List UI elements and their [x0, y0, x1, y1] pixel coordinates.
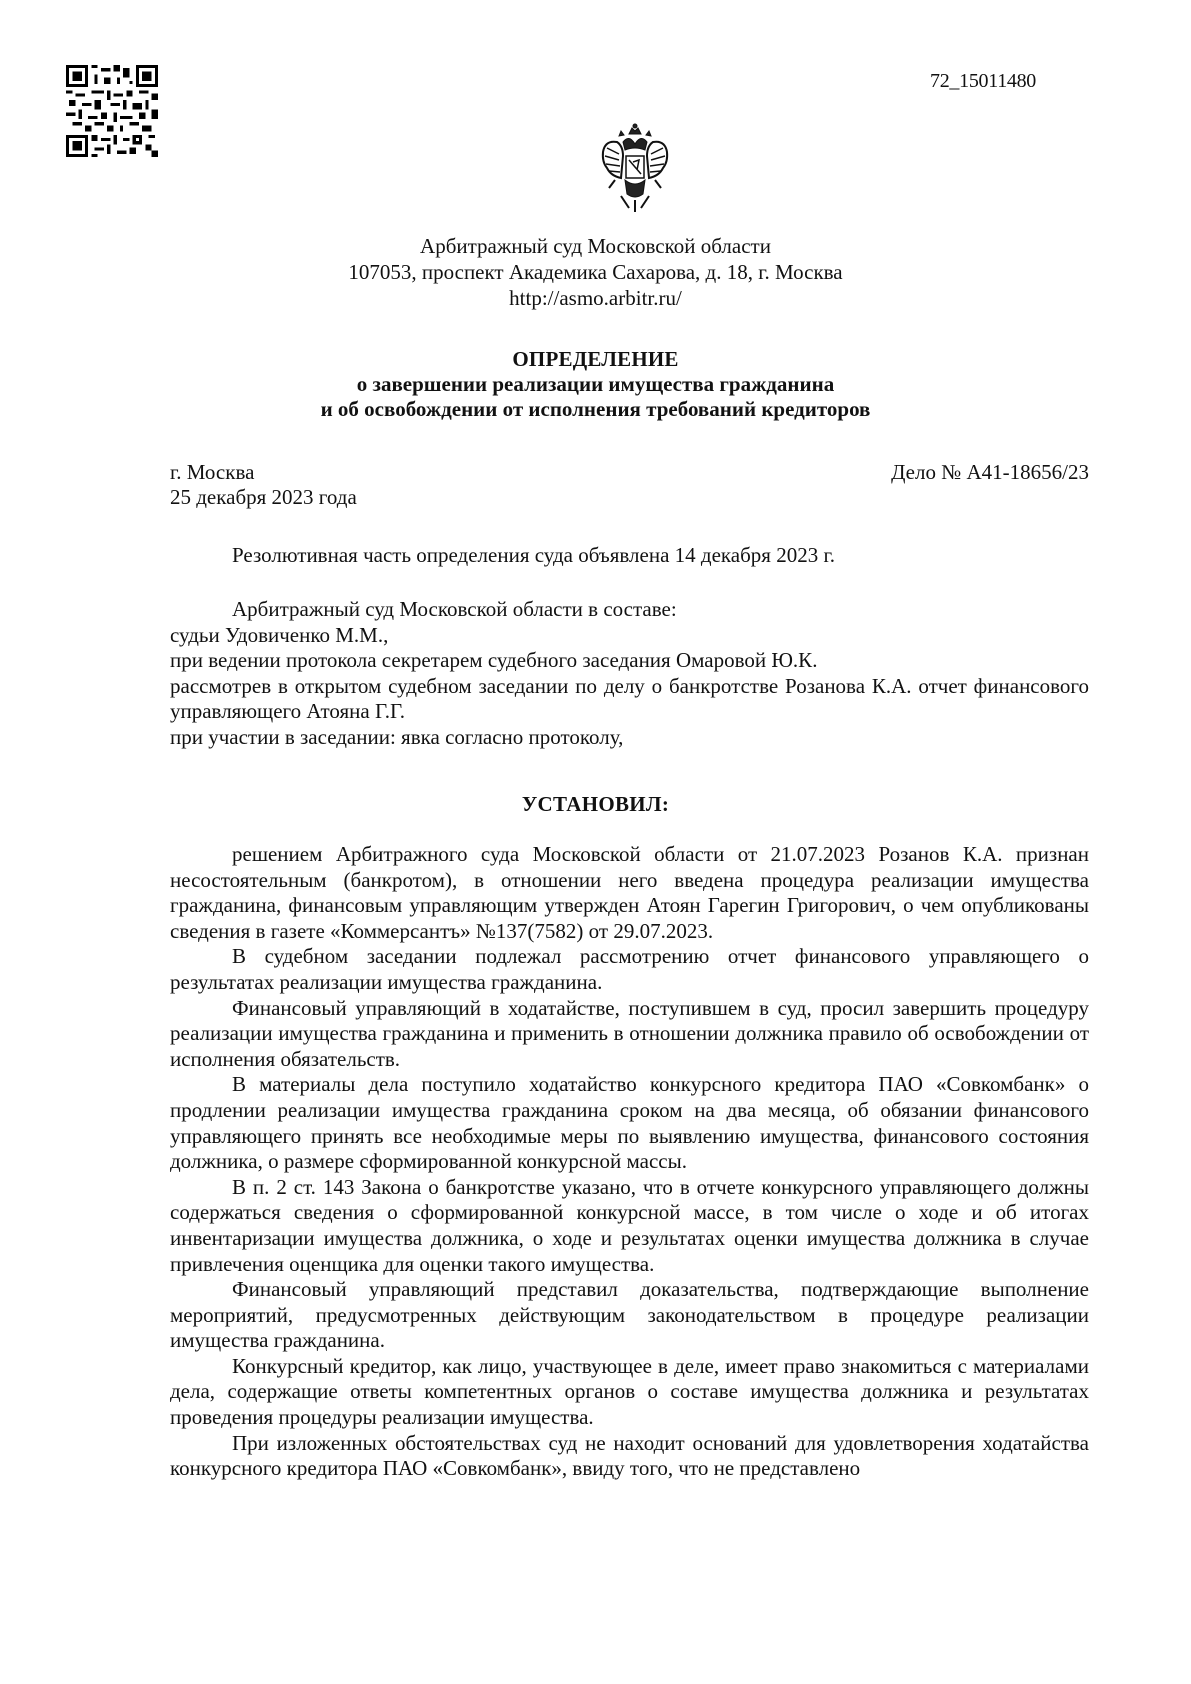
paragraph: В судебном заседании подлежал рассмотрен…	[170, 944, 1089, 995]
document-type: ОПРЕДЕЛЕНИЕ	[0, 347, 1191, 372]
composition-line: судьи Удовиченко М.М.,	[170, 623, 1089, 649]
court-composition: Арбитражный суд Московской области в сос…	[170, 597, 1089, 751]
case-number: Дело № А41-18656/23	[891, 460, 1089, 485]
paragraph: Финансовый управляющий в ходатайстве, по…	[170, 996, 1089, 1073]
paragraph: При изложенных обстоятельствах суд не на…	[170, 1431, 1089, 1482]
paragraph: В п. 2 ст. 143 Закона о банкротстве указ…	[170, 1175, 1089, 1277]
document-title: ОПРЕДЕЛЕНИЕ о завершении реализации имущ…	[0, 347, 1191, 422]
established-section: решением Арбитражного суда Московской об…	[170, 842, 1089, 1482]
paragraph: Конкурсный кредитор, как лицо, участвующ…	[170, 1354, 1089, 1431]
paragraph: Финансовый управляющий представил доказа…	[170, 1277, 1089, 1354]
qr-code-icon	[66, 65, 158, 157]
document-subtitle-line2: и об освобождении от исполнения требован…	[0, 397, 1191, 422]
document-subtitle-line1: о завершении реализации имущества гражда…	[0, 372, 1191, 397]
document-id: 72_15011480	[930, 70, 1036, 93]
resolution-note: Резолютивная часть определения суда объя…	[170, 543, 1089, 569]
coat-of-arms-icon	[599, 122, 671, 214]
court-address: 107053, проспект Академика Сахарова, д. …	[0, 259, 1191, 285]
composition-line: при ведении протокола секретарем судебно…	[170, 648, 1089, 674]
paragraph: решением Арбитражного суда Московской об…	[170, 842, 1089, 944]
court-name: Арбитражный суд Московской области	[0, 233, 1191, 259]
court-website: http://asmo.arbitr.ru/	[0, 285, 1191, 311]
court-header: Арбитражный суд Московской области 10705…	[0, 233, 1191, 311]
composition-line: рассмотрев в открытом судебном заседании…	[170, 674, 1089, 725]
place-date-case: г. Москва 25 декабря 2023 года Дело № А4…	[170, 460, 1089, 510]
composition-line: Арбитражный суд Московской области в сос…	[170, 597, 1089, 623]
paragraph: В материалы дела поступило ходатайство к…	[170, 1072, 1089, 1174]
established-heading: УСТАНОВИЛ:	[0, 792, 1191, 817]
city: г. Москва	[170, 460, 357, 485]
decision-date: 25 декабря 2023 года	[170, 485, 357, 510]
resolution-note-block: Резолютивная часть определения суда объя…	[170, 543, 1089, 569]
composition-line: при участии в заседании: явка согласно п…	[170, 725, 1089, 751]
